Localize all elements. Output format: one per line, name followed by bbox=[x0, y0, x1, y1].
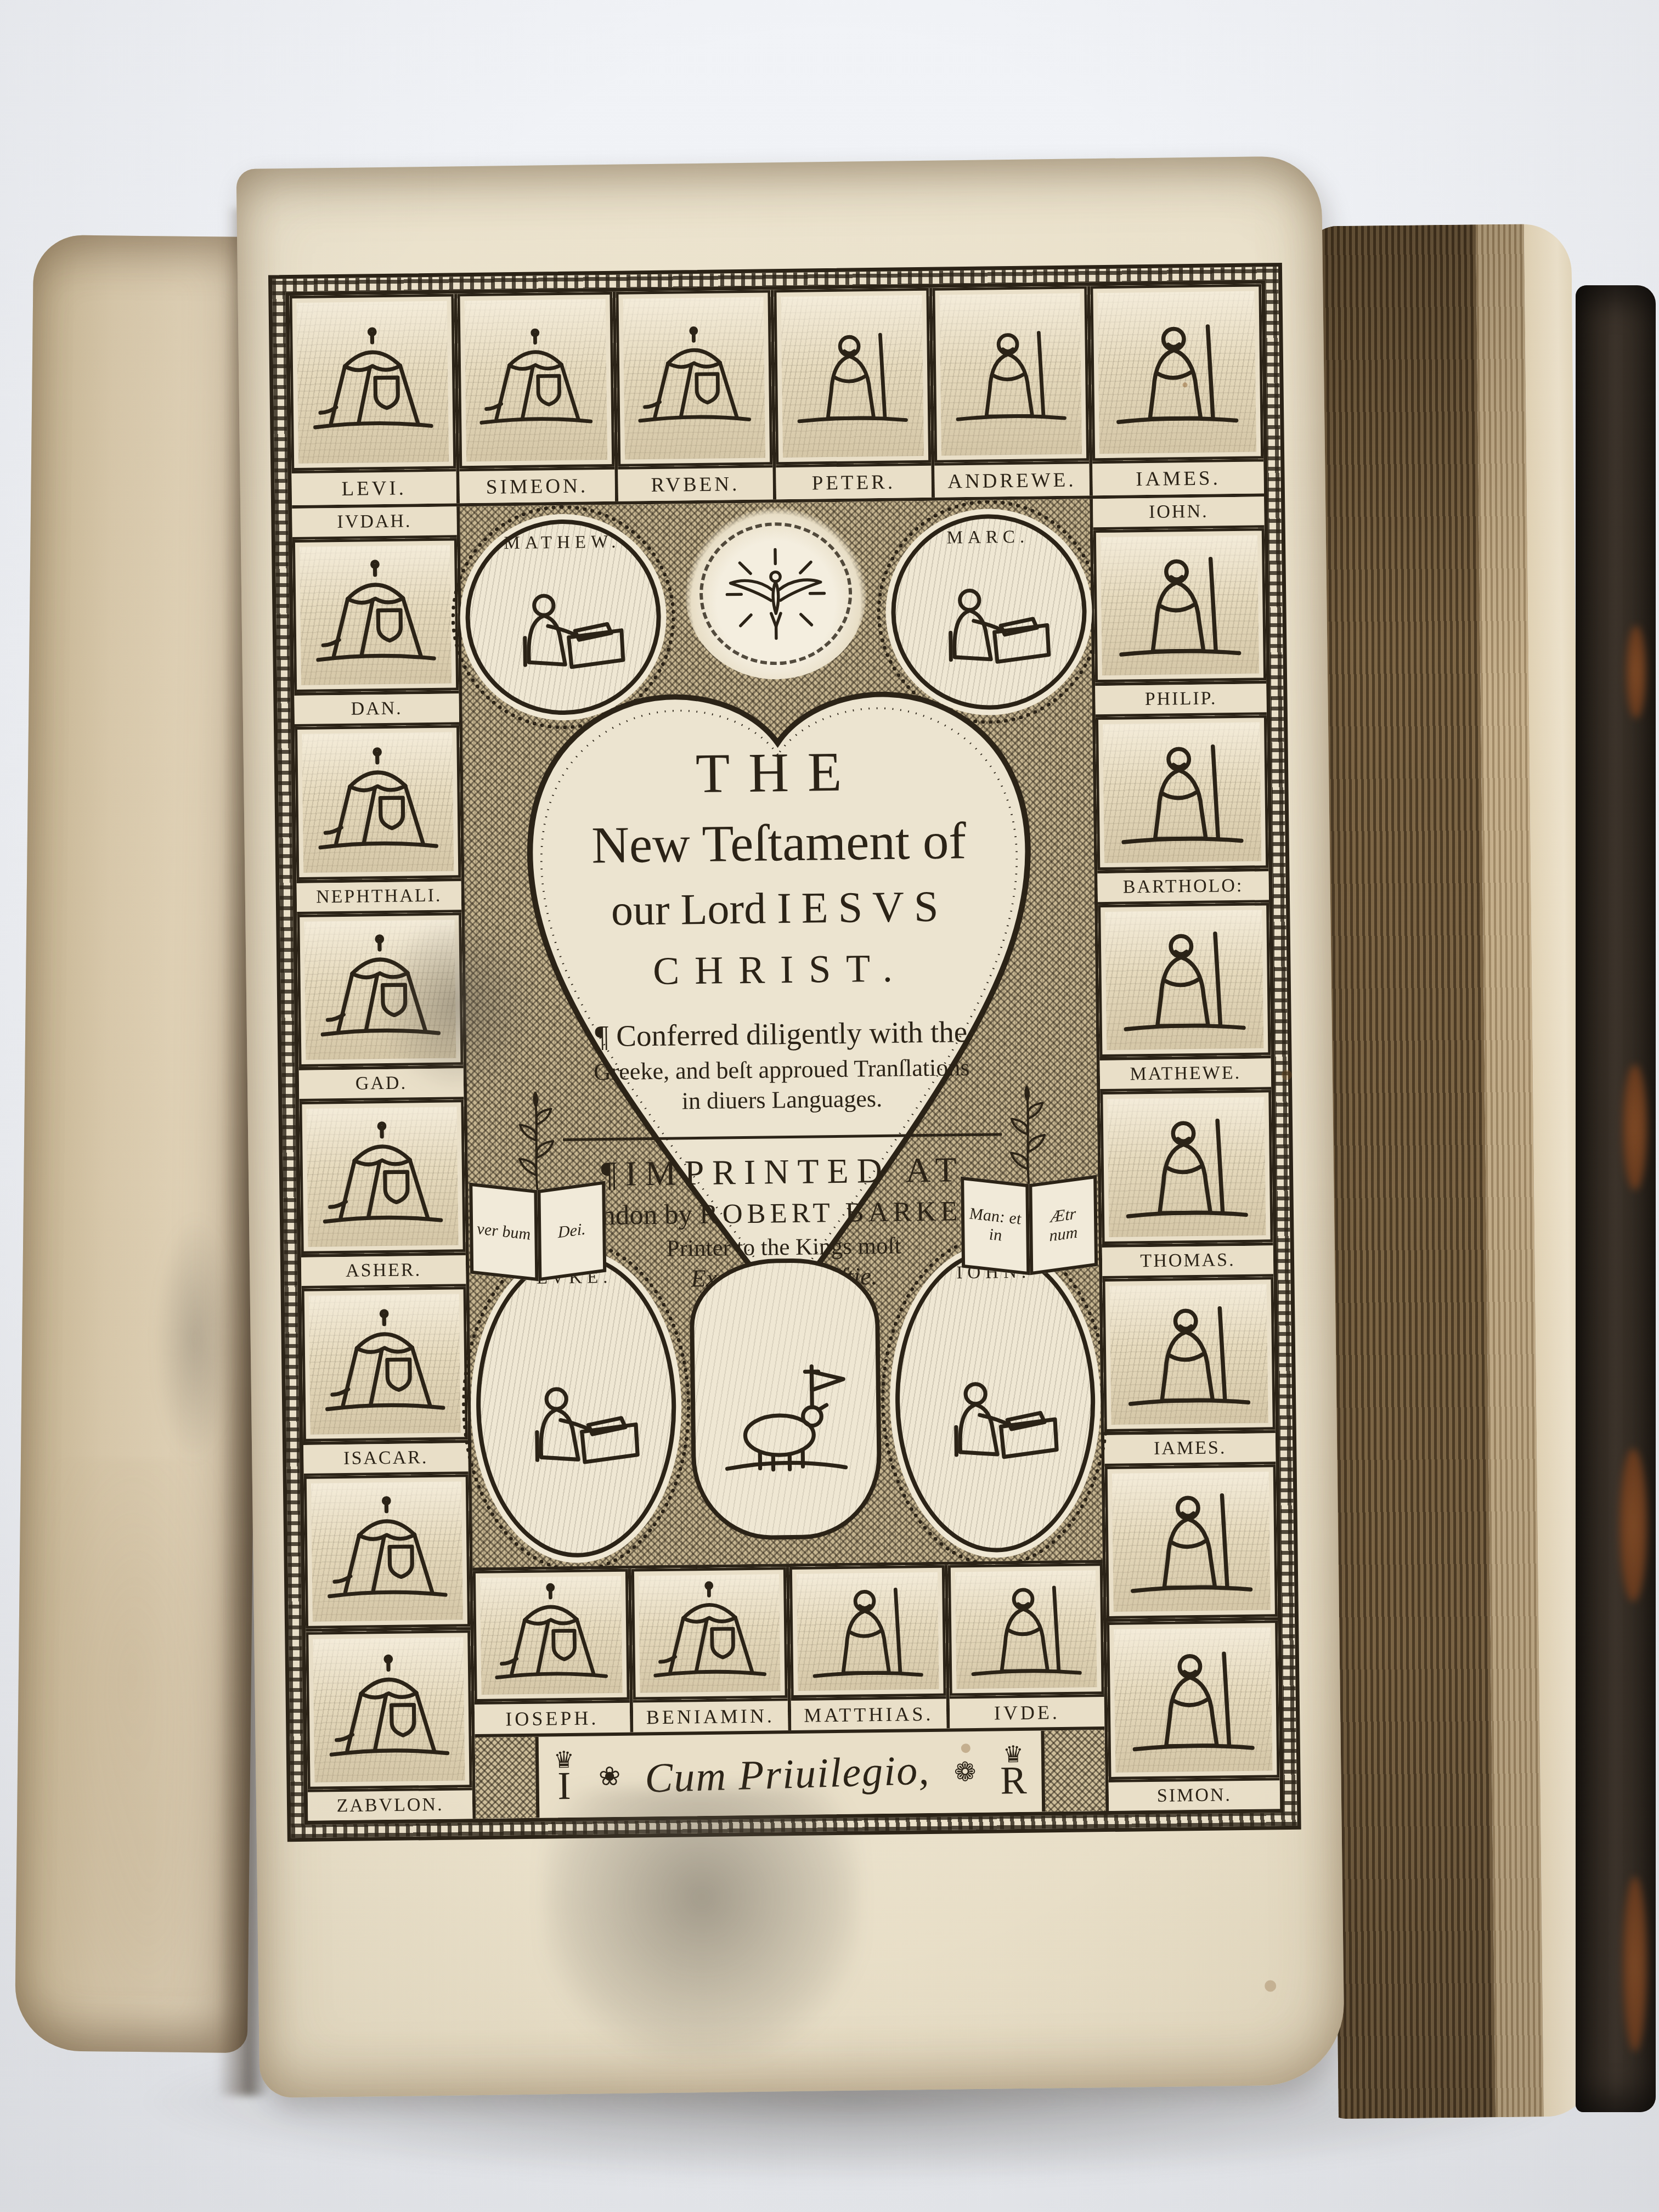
imprint-line-1: ¶IMPRINTED AT bbox=[539, 1149, 1027, 1195]
subtitle-line-2: Greeke, and beſt approued Tranſlations bbox=[538, 1053, 1025, 1087]
title-line-the: THE bbox=[534, 738, 1022, 808]
woodcut-panel bbox=[631, 1567, 787, 1700]
panel-motif-icon bbox=[309, 550, 442, 680]
panel-motif-icon bbox=[647, 1578, 772, 1689]
border-compartment: IAMES. bbox=[1104, 1433, 1278, 1622]
panel-motif-icon bbox=[1108, 298, 1246, 447]
left-column-cells: IVDAH. DAN. bbox=[292, 506, 470, 1632]
woodcut-panel bbox=[1102, 1277, 1275, 1432]
divider-rule bbox=[563, 1133, 1002, 1141]
oval-label: MATHEW. bbox=[469, 532, 656, 554]
subtitle-line-1: ¶ Conferred diligently with the bbox=[538, 1014, 1025, 1054]
panel-motif-icon bbox=[320, 1486, 454, 1616]
compartment-label: ANDREWE. bbox=[934, 461, 1090, 497]
compartment-label: RVBEN. bbox=[618, 465, 773, 501]
border-center-column: MATHEW. MARC. bbox=[460, 499, 1105, 1819]
woodcut-border-frame: LEVI. SIMEON. bbox=[268, 263, 1301, 1842]
border-compartment-corner: SIMON. bbox=[1107, 1620, 1280, 1811]
woodcut-panel bbox=[299, 1099, 465, 1254]
thistle-icon: ❁ bbox=[954, 1757, 977, 1787]
border-compartment: BARTHOLO: bbox=[1097, 871, 1271, 1060]
border-compartment: PHILIP. bbox=[1095, 684, 1268, 873]
panel-motif-icon bbox=[1115, 915, 1254, 1045]
panel-motif-icon bbox=[318, 1299, 452, 1429]
border-compartment: ASHER. bbox=[301, 1256, 468, 1445]
compartment-label: THOMAS. bbox=[1102, 1246, 1274, 1279]
rust-damage-patch bbox=[1620, 1448, 1647, 1602]
border-main-band: IVDAH. DAN. bbox=[292, 496, 1280, 1820]
compartment-label: IOHN. bbox=[1093, 496, 1265, 530]
woodcut-panel bbox=[1100, 1090, 1273, 1244]
panel-motif-icon bbox=[789, 302, 915, 451]
border-compartment: DAN. bbox=[294, 694, 461, 883]
compartment-label: BENIAMIN. bbox=[633, 1698, 788, 1732]
rust-damage-patch bbox=[1623, 1064, 1647, 1190]
compartment-label: SIMON. bbox=[1109, 1778, 1280, 1811]
panel-motif-icon bbox=[473, 306, 599, 455]
border-compartment: SIMEON. bbox=[457, 292, 618, 503]
compartment-label: IAMES. bbox=[1092, 459, 1264, 495]
woodcut-panel bbox=[774, 288, 930, 465]
agnus-dei-lamb-icon bbox=[713, 1333, 860, 1498]
compartment-label: DAN. bbox=[294, 694, 459, 727]
royal-initial-i: ♛ I bbox=[554, 1752, 575, 1802]
leather-cover-edge bbox=[1576, 285, 1656, 2112]
border-compartment: IVDAH. bbox=[292, 506, 459, 696]
strip-end-ornament bbox=[475, 1737, 540, 1819]
compartment-label: IVDAH. bbox=[292, 506, 457, 540]
woodcut-panel bbox=[1107, 1620, 1279, 1780]
holy-spirit-cartouche bbox=[684, 507, 867, 680]
border-compartment: NEPHTHALI. bbox=[297, 881, 464, 1070]
woodcut-panel bbox=[304, 1474, 470, 1629]
border-compartment: MATHEWE. bbox=[1100, 1058, 1273, 1248]
title-page: LEVI. SIMEON. bbox=[236, 156, 1345, 2098]
panel-motif-icon bbox=[631, 304, 757, 453]
compartment-label: ZABVLON. bbox=[308, 1787, 473, 1821]
compartment-label: IVDE. bbox=[949, 1694, 1104, 1728]
title-line-testament: New Teſtament of bbox=[535, 810, 1023, 876]
panel-motif-icon bbox=[1120, 1289, 1258, 1419]
border-compartment: GAD. bbox=[299, 1068, 466, 1257]
woodcut-panel bbox=[306, 1630, 472, 1790]
olive-branch-icon bbox=[1001, 1082, 1055, 1187]
border-compartment: IOSEPH. bbox=[473, 1569, 633, 1735]
woodcut-panel bbox=[932, 286, 1089, 462]
manet-in-aeternum-book: Man: et in Ætr num bbox=[959, 1113, 1099, 1279]
compartment-label: GAD. bbox=[299, 1068, 464, 1102]
border-compartment: IOHN. bbox=[1093, 496, 1266, 686]
border-compartment: RVBEN. bbox=[616, 290, 776, 501]
compartment-label: IOSEPH. bbox=[475, 1700, 630, 1734]
woodcut-panel bbox=[297, 912, 463, 1067]
panel-motif-icon bbox=[316, 1112, 449, 1242]
tent-icon bbox=[322, 1643, 455, 1777]
apostle-figure-icon bbox=[1124, 1633, 1263, 1767]
woodcut-panel bbox=[947, 1563, 1104, 1696]
compartment-label: IAMES. bbox=[1104, 1433, 1276, 1466]
royal-initial-r: ♛ R bbox=[1000, 1746, 1027, 1797]
border-compartment: THOMAS. bbox=[1102, 1246, 1276, 1435]
compartment-label: MATHEWE. bbox=[1100, 1058, 1272, 1092]
woodcut-panel bbox=[789, 1565, 946, 1698]
page-block-fore-edge bbox=[1305, 224, 1591, 2119]
border-left-column: IVDAH. DAN. bbox=[292, 506, 476, 1821]
panel-motif-icon bbox=[313, 925, 447, 1055]
compartment-label: PETER. bbox=[776, 463, 931, 499]
border-compartment: ANDREWE. bbox=[932, 286, 1093, 497]
border-compartment: IAMES. bbox=[1090, 284, 1264, 495]
panel-motif-icon bbox=[311, 737, 444, 867]
woodcut-panel bbox=[473, 1569, 629, 1702]
compartment-label: MATTHIAS. bbox=[791, 1696, 946, 1730]
agnus-dei-cartouche bbox=[689, 1257, 882, 1541]
border-compartment: IVDE. bbox=[947, 1563, 1104, 1728]
border-compartment: PETER. bbox=[774, 288, 934, 499]
central-engraved-field: MATHEW. MARC. bbox=[460, 499, 1103, 1567]
compartment-label: BARTHOLO: bbox=[1097, 871, 1269, 905]
woodcut-panel bbox=[1090, 284, 1263, 461]
evangelist-at-desk-icon bbox=[492, 560, 635, 692]
border-compartment-corner: ZABVLON. bbox=[306, 1630, 472, 1821]
tarnished-page-edges bbox=[1319, 224, 1496, 2119]
panel-motif-icon bbox=[947, 300, 1073, 449]
border-right-column: IOHN. PHILIP. bbox=[1090, 496, 1280, 1811]
oval-label: MARC. bbox=[895, 526, 1081, 549]
panel-motif-icon bbox=[306, 308, 439, 456]
rust-damage-patch bbox=[1626, 625, 1646, 719]
book-page-text: ver bum bbox=[469, 1183, 538, 1282]
border-bottom-row: IOSEPH. BENIAMIN. bbox=[473, 1560, 1105, 1734]
woodcut-panel bbox=[1105, 1464, 1278, 1619]
woodcut-panel bbox=[289, 294, 456, 471]
compartment-label: SIMEON. bbox=[459, 467, 614, 503]
cum-privilegio-text: Cum Priuilegio, bbox=[644, 1746, 930, 1802]
woodcut-border-inner: LEVI. SIMEON. bbox=[285, 280, 1284, 1825]
panel-motif-icon bbox=[1122, 1477, 1260, 1607]
woodcut-panel bbox=[302, 1287, 468, 1442]
panel-motif-icon bbox=[488, 1579, 613, 1691]
border-compartment: MATTHIAS. bbox=[789, 1565, 950, 1731]
woodcut-panel bbox=[1096, 715, 1268, 870]
border-compartment: ISACAR. bbox=[303, 1443, 470, 1632]
imprint-line-2: London by ROBERT BARKER, bbox=[540, 1195, 1028, 1233]
privilege-strip: ♛ I ❀ Cum Priuilegio, ❁ ♛ R bbox=[475, 1726, 1105, 1819]
subtitle-line-3: in diuers Languages. bbox=[538, 1083, 1026, 1117]
book-page-text: Ætr num bbox=[1029, 1175, 1098, 1276]
title-line-christ: CHRIST. bbox=[537, 944, 1024, 996]
woodcut-panel bbox=[457, 292, 614, 469]
compartment-label: PHILIP. bbox=[1095, 684, 1267, 718]
book-page-text: Dei. bbox=[537, 1181, 606, 1282]
woodcut-panel bbox=[1098, 902, 1271, 1057]
border-top-row: LEVI. SIMEON. bbox=[289, 284, 1264, 509]
title-line-lord-iesvs: our Lord IESVS bbox=[536, 881, 1024, 937]
evangelist-at-desk-icon bbox=[917, 555, 1060, 687]
panel-motif-icon bbox=[805, 1576, 930, 1687]
panel-motif-icon bbox=[963, 1574, 1088, 1685]
olive-branch-icon bbox=[510, 1088, 563, 1193]
verbum-dei-book: ver bum Dei. bbox=[467, 1119, 608, 1285]
woodcut-panel bbox=[295, 725, 461, 880]
compartment-label: NEPHTHALI. bbox=[297, 881, 462, 915]
rust-damage-patch bbox=[1623, 1876, 1647, 2052]
woodcut-panel bbox=[292, 538, 459, 692]
panel-motif-icon bbox=[1118, 1102, 1256, 1232]
woodcut-panel bbox=[1093, 528, 1266, 682]
compartment-label: ISACAR. bbox=[303, 1443, 469, 1476]
compartment-label: LEVI. bbox=[291, 469, 456, 505]
book-page-text: Man: et in bbox=[961, 1177, 1030, 1276]
foxing-spots bbox=[1182, 382, 1187, 387]
panel-motif-icon bbox=[1113, 727, 1251, 857]
tudor-rose-icon: ❀ bbox=[599, 1761, 621, 1792]
compartment-label: ASHER. bbox=[301, 1256, 466, 1289]
woodcut-panel bbox=[616, 290, 772, 466]
border-compartment: LEVI. bbox=[289, 294, 460, 505]
panel-motif-icon bbox=[1110, 540, 1249, 670]
holy-spirit-dove-icon bbox=[710, 531, 842, 656]
right-column-cells: IOHN. PHILIP. bbox=[1093, 496, 1278, 1622]
border-compartment: BENIAMIN. bbox=[631, 1567, 791, 1733]
book-photograph: LEVI. SIMEON. bbox=[0, 0, 1659, 2212]
strip-end-ornament bbox=[1041, 1730, 1105, 1812]
